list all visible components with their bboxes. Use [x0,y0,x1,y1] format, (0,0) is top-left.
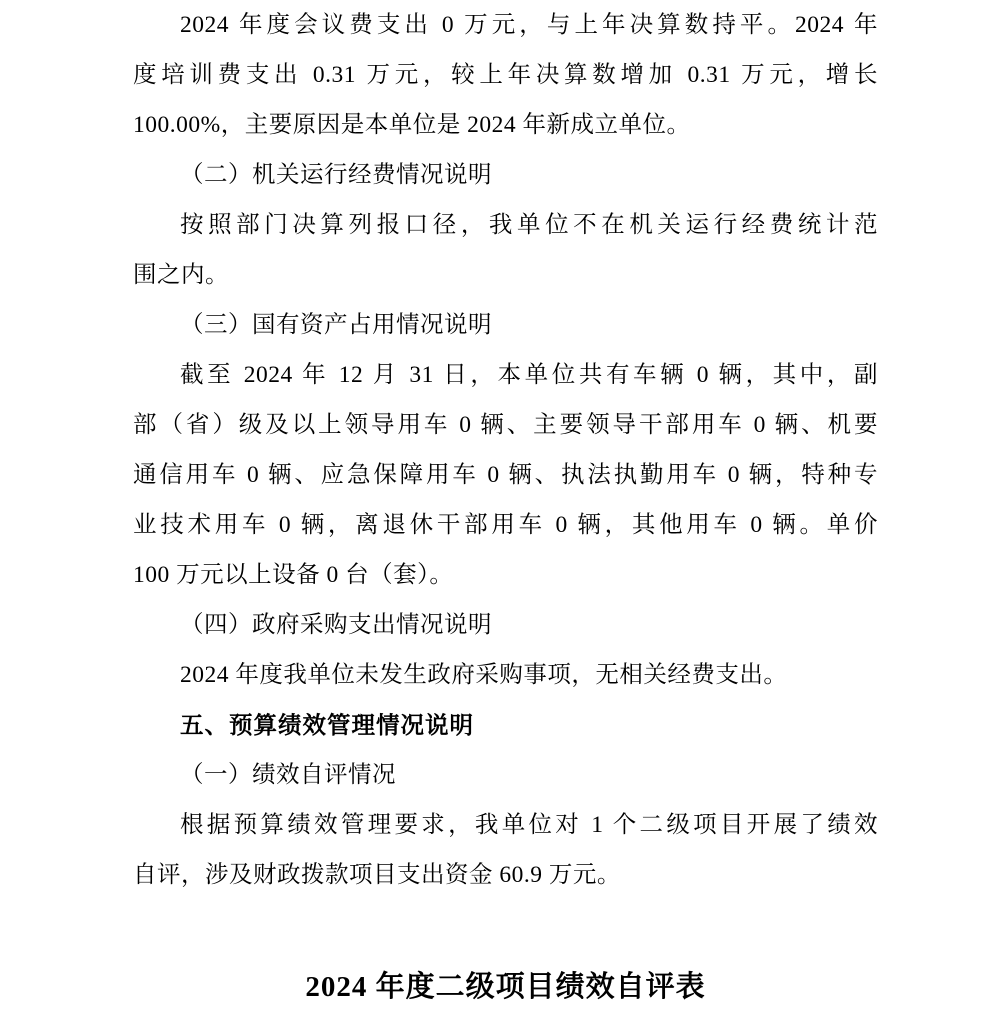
paragraph-assets-line-3: 通信用车 0 辆、应急保障用车 0 辆、执法执勤用车 0 辆，特种专 [133,450,878,500]
section-heading-3: （三）国有资产占用情况说明 [133,300,878,350]
paragraph-assets-line-2: 部（省）级及以上领导用车 0 辆、主要领导干部用车 0 辆、机要 [133,400,878,450]
section-heading-1: （一）绩效自评情况 [133,750,878,800]
paragraph-meeting-fee-line-2: 度培训费支出 0.31 万元，较上年决算数增加 0.31 万元，增长 [133,50,878,100]
paragraph-assets-line-4: 业技术用车 0 辆，离退休干部用车 0 辆，其他用车 0 辆。单价 [133,500,878,550]
paragraph-meeting-fee-line-3: 100.00%，主要原因是本单位是 2024 年新成立单位。 [133,100,878,150]
section-heading-4: （四）政府采购支出情况说明 [133,600,878,650]
paragraph-assets-line-1: 截至 2024 年 12 月 31 日，本单位共有车辆 0 辆，其中，副 [133,350,878,400]
document-page: 2024 年度会议费支出 0 万元，与上年决算数持平。2024 年 度培训费支出… [133,0,878,1012]
paragraph-operating-line-2: 围之内。 [133,250,878,300]
paragraph-operating-line-1: 按照部门决算列报口径，我单位不在机关运行经费统计范 [133,200,878,250]
paragraph-self-eval-line-1: 根据预算绩效管理要求，我单位对 1 个二级项目开展了绩效 [133,800,878,850]
section-heading-2: （二）机关运行经费情况说明 [133,150,878,200]
chapter-heading-5: 五、预算绩效管理情况说明 [133,700,878,750]
paragraph-meeting-fee-line-1: 2024 年度会议费支出 0 万元，与上年决算数持平。2024 年 [133,0,878,50]
paragraph-procurement: 2024 年度我单位未发生政府采购事项，无相关经费支出。 [133,650,878,700]
paragraph-assets-line-5: 100 万元以上设备 0 台（套）。 [133,550,878,600]
paragraph-self-eval-line-2: 自评，涉及财政拨款项目支出资金 60.9 万元。 [133,850,878,900]
table-title: 2024 年度二级项目绩效自评表 [133,962,878,1012]
